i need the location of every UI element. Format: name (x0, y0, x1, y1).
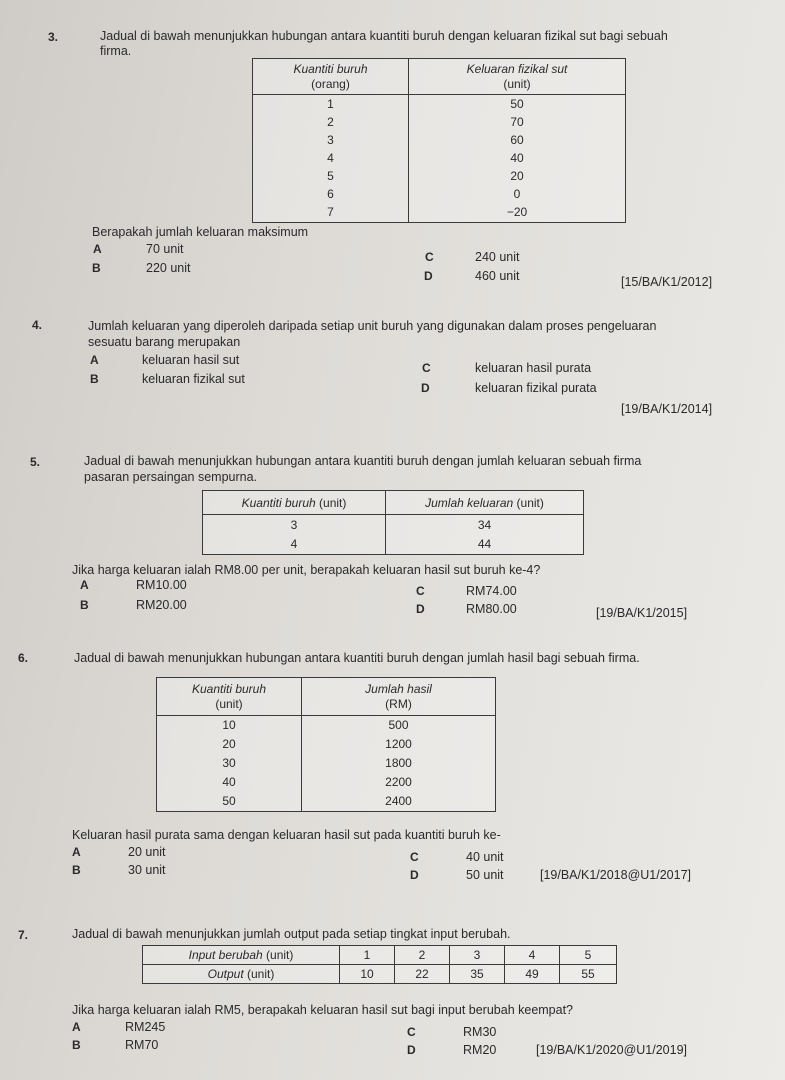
table-row: 520 (253, 167, 626, 185)
table-header: Jumlah hasil(RM) (302, 678, 496, 716)
question-number: 6. (18, 651, 28, 665)
option-text: 50 unit (466, 868, 504, 882)
question-number: 3. (48, 30, 58, 44)
table-row: 150 (253, 95, 626, 113)
table-header: Keluaran fizikal sut(unit) (409, 59, 626, 95)
option-text: 40 unit (466, 850, 504, 864)
option-text: 70 unit (146, 242, 184, 256)
option-letter: B (72, 863, 81, 877)
option-text: 20 unit (128, 845, 166, 859)
row-label: Input berubah (unit) (143, 946, 340, 965)
option-letter: D (407, 1043, 416, 1057)
option-letter: A (80, 578, 89, 592)
question-stem-line-1: Jadual di bawah menunjukkan hubungan ant… (84, 453, 641, 469)
option-letter: A (72, 845, 81, 859)
source-reference: [19/BA/K1/2014] (621, 402, 712, 416)
table-row: 270 (253, 113, 626, 131)
input-output-table: Input berubah (unit) 1 2 3 4 5 Output (u… (142, 945, 617, 984)
question-prompt: Berapakah jumlah keluaran maksimum (92, 224, 308, 240)
table-row: 7−20 (253, 203, 626, 223)
option-letter: A (90, 353, 99, 367)
option-text: keluaran fizikal sut (142, 372, 245, 386)
option-letter: C (410, 850, 419, 864)
question-stem-line-1: Jumlah keluaran yang diperoleh daripada … (88, 318, 656, 334)
table-row: 60 (253, 185, 626, 203)
option-letter: C (407, 1025, 416, 1039)
option-text: RM10.00 (136, 578, 187, 592)
question-stem-line-2: firma. (100, 43, 131, 59)
source-reference: [19/BA/K1/2020@U1/2019] (536, 1043, 687, 1057)
question-stem-line-2: sesuatu barang merupakan (88, 334, 240, 350)
table-row: 402200 (157, 773, 496, 792)
question-prompt: Keluaran hasil purata sama dengan keluar… (72, 827, 501, 843)
option-letter: A (93, 242, 102, 256)
table-row: Input berubah (unit) 1 2 3 4 5 (143, 946, 617, 965)
option-text: keluaran hasil sut (142, 353, 239, 367)
option-text: RM20 (463, 1043, 496, 1057)
table-row: Output (unit) 10 22 35 49 55 (143, 965, 617, 984)
question-stem-line-2: pasaran persaingan sempurna. (84, 469, 257, 485)
option-text: RM245 (125, 1020, 165, 1034)
table-header: Kuantiti buruh(unit) (157, 678, 302, 716)
question-number: 4. (32, 318, 42, 332)
question-number: 7. (18, 928, 28, 942)
option-text: 220 unit (146, 261, 190, 275)
option-letter: A (72, 1020, 81, 1034)
table-row: 440 (253, 149, 626, 167)
option-text: RM74.00 (466, 584, 517, 598)
question-prompt: Jika harga keluaran ialah RM5, berapakah… (72, 1002, 573, 1018)
table-row: 334 (203, 515, 584, 535)
option-text: RM80.00 (466, 602, 517, 616)
option-letter: C (416, 584, 425, 598)
option-letter: D (424, 269, 433, 283)
table-row: 201200 (157, 735, 496, 754)
table-row: 301800 (157, 754, 496, 773)
option-letter: C (422, 361, 431, 375)
option-text: 30 unit (128, 863, 166, 877)
table-header: Kuantiti buruh(orang) (253, 59, 409, 95)
table-row: 444 (203, 535, 584, 555)
option-text: RM20.00 (136, 598, 187, 612)
option-text: keluaran hasil purata (475, 361, 591, 375)
option-text: 460 unit (475, 269, 519, 283)
option-letter: D (410, 868, 419, 882)
table-row: 10500 (157, 716, 496, 735)
source-reference: [19/BA/K1/2018@U1/2017] (540, 868, 691, 882)
question-number: 5. (30, 455, 40, 469)
option-letter: D (421, 381, 430, 395)
option-letter: B (72, 1038, 81, 1052)
labour-revenue-table: Kuantiti buruh(unit) Jumlah hasil(RM) 10… (156, 677, 496, 812)
table-row: 360 (253, 131, 626, 149)
question-prompt: Jika harga keluaran ialah RM8.00 per uni… (72, 562, 540, 578)
question-stem-line-1: Jadual di bawah menunjukkan hubungan ant… (100, 28, 668, 44)
option-letter: B (92, 261, 101, 275)
option-text: keluaran fizikal purata (475, 381, 597, 395)
option-text: 240 unit (475, 250, 519, 264)
option-letter: B (80, 598, 89, 612)
question-stem-line-1: Jadual di bawah menunjukkan jumlah outpu… (72, 926, 511, 942)
table-row: 502400 (157, 792, 496, 812)
source-reference: [15/BA/K1/2012] (621, 275, 712, 289)
option-letter: B (90, 372, 99, 386)
source-reference: [19/BA/K1/2015] (596, 606, 687, 620)
row-label: Output (unit) (143, 965, 340, 984)
table-header: Jumlah keluaran (unit) (386, 491, 584, 515)
option-text: RM70 (125, 1038, 158, 1052)
labour-mpp-table: Kuantiti buruh(orang) Keluaran fizikal s… (252, 58, 626, 223)
table-header: Kuantiti buruh (unit) (203, 491, 386, 515)
option-letter: D (416, 602, 425, 616)
option-text: RM30 (463, 1025, 496, 1039)
labour-output-table: Kuantiti buruh (unit) Jumlah keluaran (u… (202, 490, 584, 555)
option-letter: C (425, 250, 434, 264)
question-stem-line-1: Jadual di bawah menunjukkan hubungan ant… (74, 650, 640, 666)
